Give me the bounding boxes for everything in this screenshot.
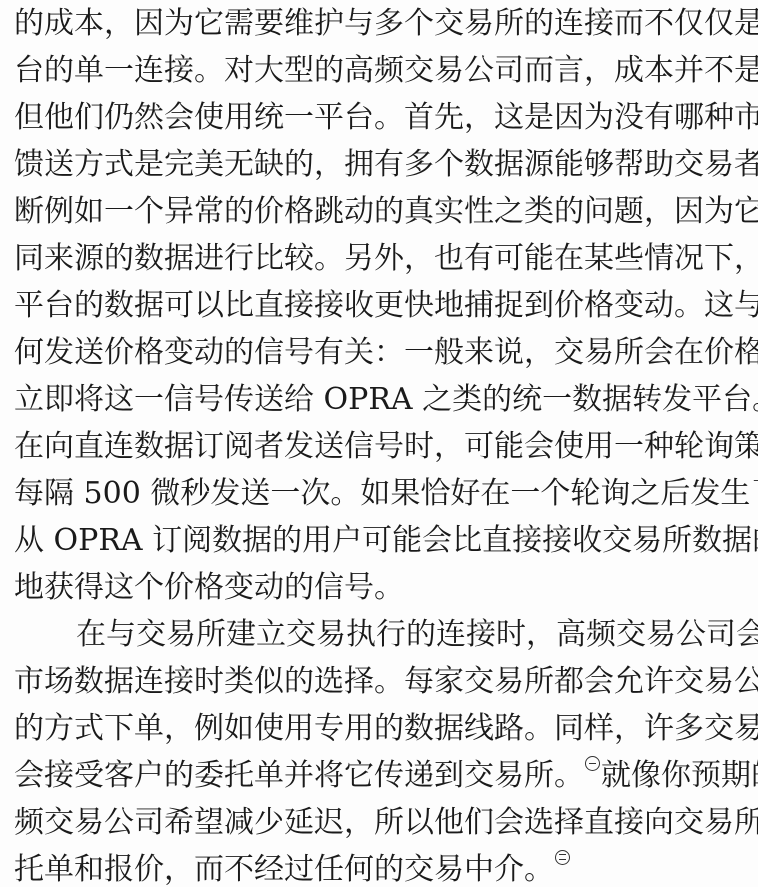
line-6-text: 托单和报价，而不经过任何的交易中介。 (14, 852, 554, 887)
paragraph-1-line-2: 台的单一连接。对大型的高频交易公司而言，成本并不是什么问题， (14, 47, 746, 94)
paragraph-1-line-5: 断例如一个异常的价格跳动的真实性之类的问题，因为它可以对不 (14, 188, 746, 235)
footnote-marker-1[interactable] (585, 756, 600, 771)
paragraph-1-line-6: 同来源的数据进行比较。另外，也有可能在某些情况下，使用统一 (14, 235, 746, 282)
paragraph-1-line-7: 平台的数据可以比直接接收更快地捕捉到价格变动。这与交易所如 (14, 282, 746, 329)
paragraph-1-line-12: 从 OPRA 订阅数据的用户可能会比直接接收交易所数据的用户更快 (14, 517, 746, 564)
paragraph-1-line-3: 但他们仍然会使用统一平台。首先，这是因为没有哪种市场数据的 (14, 94, 746, 141)
line-4-text-before-footnote: 会接受客户的委托单并将它传递到交易所。 (14, 758, 584, 793)
paragraph-1-line-13: 地获得这个价格变动的信号。 (14, 564, 746, 611)
paragraph-1-line-4: 馈送方式是完美无缺的，拥有多个数据源能够帮助交易者更好地判 (14, 141, 746, 188)
book-page: 的成本，因为它需要维护与多个交易所的连接而不仅仅是与统一平 台的单一连接。对大型… (0, 0, 758, 887)
paragraph-2-line-5: 频交易公司希望减少延迟，所以他们会选择直接向交易所发送其委 (14, 799, 746, 846)
paragraph-2-line-6: 托单和报价，而不经过任何的交易中介。 (14, 846, 746, 887)
paragraph-2-line-1: 在与交易所建立交易执行的连接时，高频交易公司会面临与建立 (76, 611, 746, 658)
paragraph-1-line-11: 每隔 500 微秒发送一次。如果恰好在一个轮询之后发生了价格变动， (14, 470, 746, 517)
paragraph-1-line-9: 立即将这一信号传送给 OPRA 之类的统一数据转发平台。但是它们 (14, 376, 746, 423)
paragraph-2-line-4: 会接受客户的委托单并将它传递到交易所。就像你预期的那样，高 (14, 752, 746, 799)
paragraph-1-line-10: 在向直连数据订阅者发送信号时，可能会使用一种轮询策略，例如 (14, 423, 746, 470)
line-4-text-after-footnote: 就像你预期的那样，高 (601, 758, 758, 793)
paragraph-2-line-3: 的方式下单，例如使用专用的数据线路。同样，许多交易经纪商也 (14, 705, 746, 752)
paragraph-1-line-1: 的成本，因为它需要维护与多个交易所的连接而不仅仅是与统一平 (14, 0, 746, 47)
footnote-marker-2[interactable] (555, 850, 570, 865)
paragraph-2-line-2: 市场数据连接时类似的选择。每家交易所都会允许交易公司用直接 (14, 658, 746, 705)
paragraph-1-line-8: 何发送价格变动的信号有关：一般来说，交易所会在价格变动之后 (14, 329, 746, 376)
